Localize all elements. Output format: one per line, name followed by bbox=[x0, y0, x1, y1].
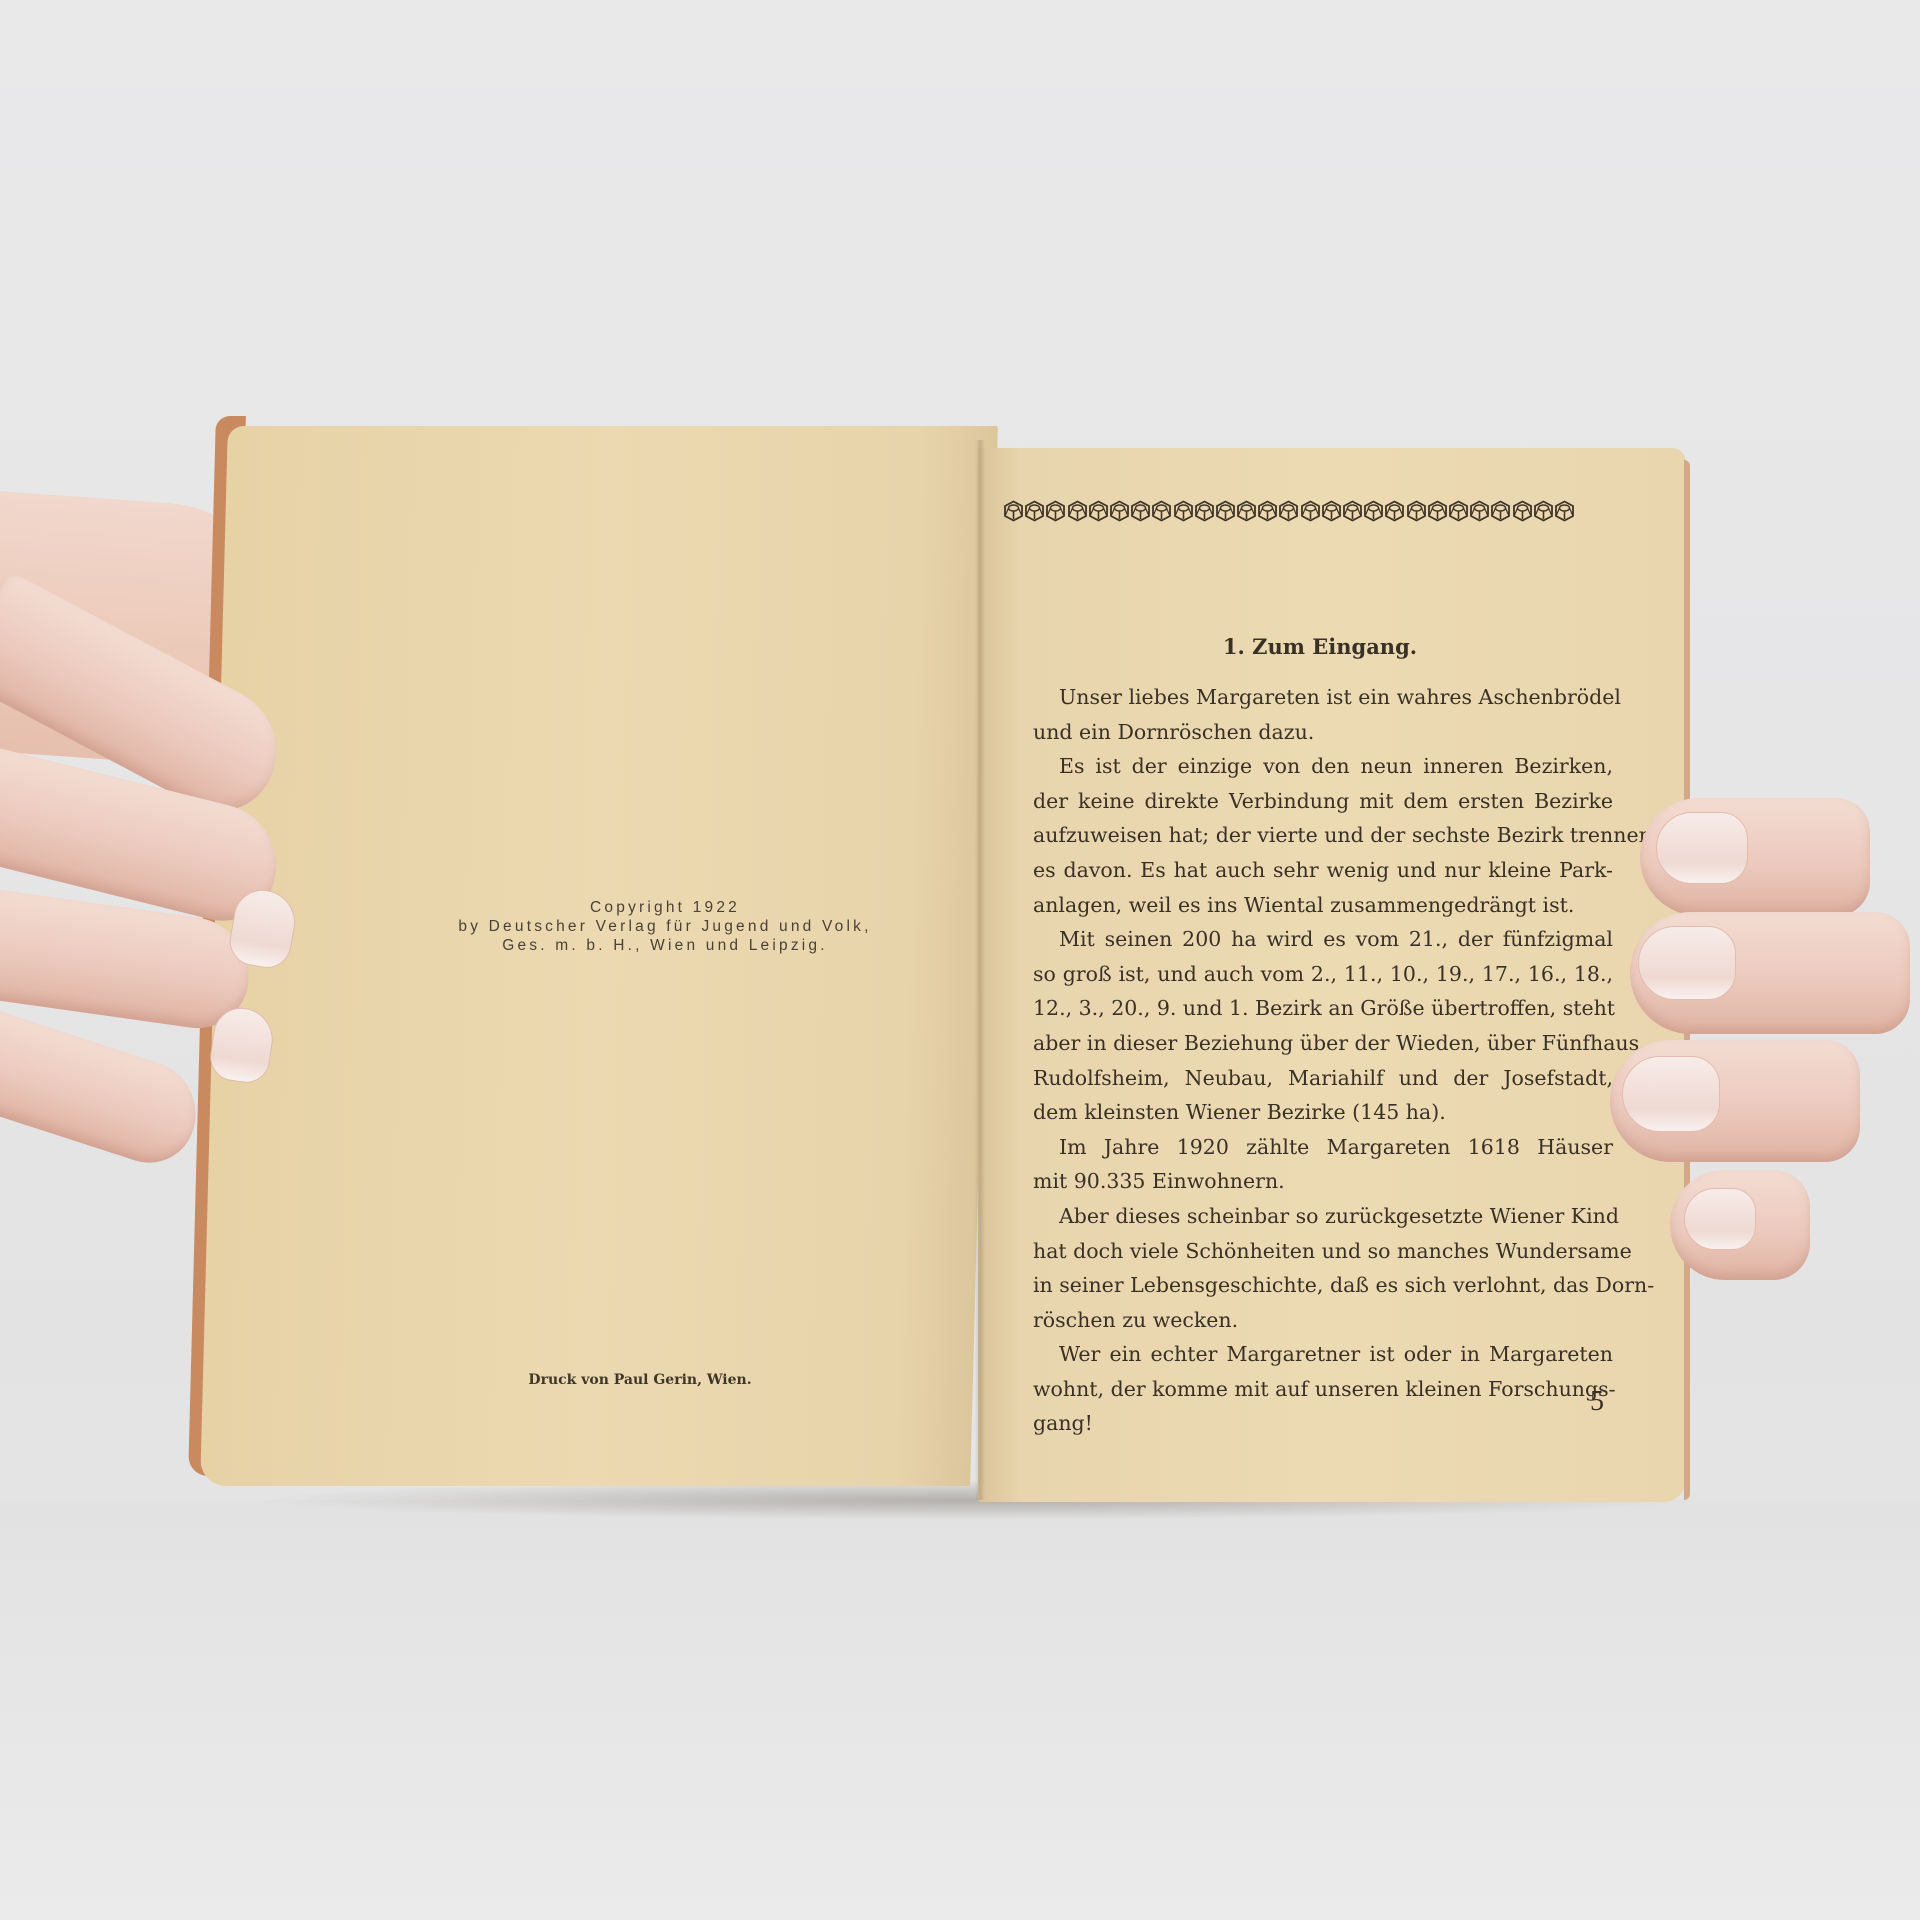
text-line: und ein Dornröschen dazu. bbox=[1033, 715, 1613, 750]
text-line: Aber dieses scheinbar so zurückgesetzte … bbox=[1033, 1199, 1613, 1234]
hexagon-knot-ornament-icon bbox=[1045, 500, 1066, 522]
hexagon-knot-ornament-icon bbox=[1469, 500, 1490, 522]
hexagon-knot-ornament-icon bbox=[1215, 500, 1236, 522]
hexagon-knot-ornament-icon bbox=[1173, 500, 1194, 522]
hexagon-knot-ornament-icon bbox=[1109, 500, 1130, 522]
hexagon-knot-ornament-icon bbox=[1490, 500, 1511, 522]
hexagon-knot-ornament-icon bbox=[1236, 500, 1257, 522]
text-line: in seiner Lebensgeschichte, daß es sich … bbox=[1033, 1268, 1613, 1303]
hexagon-knot-ornament-icon bbox=[1363, 500, 1384, 522]
text-line: röschen zu wecken. bbox=[1033, 1303, 1613, 1338]
hexagon-knot-ornament-icon bbox=[1278, 500, 1299, 522]
ornament-border bbox=[1003, 500, 1623, 526]
fingernail bbox=[1638, 926, 1736, 1000]
text-line: anlagen, weil es ins Wiental zusammenged… bbox=[1033, 888, 1613, 923]
text-line: so groß ist, und auch vom 2., 11., 10., … bbox=[1033, 957, 1613, 992]
text-line: wohnt, der komme mit auf unseren kleinen… bbox=[1033, 1372, 1613, 1407]
copyright-line: Ges. m. b. H., Wien und Leipzig. bbox=[405, 936, 925, 955]
table-surface bbox=[0, 1500, 1920, 1920]
printer-imprint: Druck von Paul Gerin, Wien. bbox=[510, 1372, 770, 1388]
hexagon-knot-ornament-icon bbox=[1512, 500, 1533, 522]
text-line: Unser liebes Margareten ist ein wahres A… bbox=[1033, 680, 1613, 715]
copyright-line: Copyright 1922 bbox=[405, 898, 925, 917]
body-text: Unser liebes Margareten ist ein wahres A… bbox=[1033, 680, 1613, 1441]
hexagon-knot-ornament-icon bbox=[1427, 500, 1448, 522]
book-gutter bbox=[975, 440, 985, 1500]
hexagon-knot-ornament-icon bbox=[1533, 500, 1554, 522]
hexagon-knot-ornament-icon bbox=[1384, 500, 1405, 522]
hexagon-knot-ornament-icon bbox=[1257, 500, 1278, 522]
hexagon-knot-ornament-icon bbox=[1448, 500, 1469, 522]
copyright-line: by Deutscher Verlag für Jugend und Volk, bbox=[405, 917, 925, 936]
fingernail bbox=[1622, 1056, 1720, 1132]
hexagon-knot-ornament-icon bbox=[1406, 500, 1427, 522]
text-line: mit 90.335 Einwohnern. bbox=[1033, 1164, 1613, 1199]
hexagon-knot-ornament-icon bbox=[1554, 500, 1575, 522]
hexagon-knot-ornament-icon bbox=[1024, 500, 1045, 522]
text-line: Rudolfsheim, Neubau, Mariahilf und der J… bbox=[1033, 1061, 1613, 1096]
text-line: der keine direkte Verbindung mit dem ers… bbox=[1033, 784, 1613, 819]
text-line: 12., 3., 20., 9. und 1. Bezirk an Größe … bbox=[1033, 991, 1613, 1026]
hexagon-knot-ornament-icon bbox=[1151, 500, 1172, 522]
page-number: 5 bbox=[1590, 1386, 1604, 1418]
copyright-notice: Copyright 1922 by Deutscher Verlag für J… bbox=[405, 898, 925, 955]
hexagon-knot-ornament-icon bbox=[1194, 500, 1215, 522]
hexagon-knot-ornament-icon bbox=[1321, 500, 1342, 522]
left-little-finger bbox=[0, 1005, 210, 1174]
text-line: Es ist der einzige von den neun inneren … bbox=[1033, 749, 1613, 784]
hexagon-knot-ornament-icon bbox=[1300, 500, 1321, 522]
hexagon-knot-ornament-icon bbox=[1088, 500, 1109, 522]
hexagon-knot-ornament-icon bbox=[1130, 500, 1151, 522]
hexagon-knot-ornament-icon bbox=[1342, 500, 1363, 522]
text-line: aber in dieser Beziehung über der Wieden… bbox=[1033, 1026, 1613, 1061]
text-line: es davon. Es hat auch sehr wenig und nur… bbox=[1033, 853, 1613, 888]
left-page bbox=[200, 426, 998, 1486]
text-line: Im Jahre 1920 zählte Margareten 1618 Häu… bbox=[1033, 1130, 1613, 1165]
text-line: gang! bbox=[1033, 1406, 1613, 1441]
hexagon-knot-ornament-icon bbox=[1003, 500, 1024, 522]
fingernail bbox=[1656, 812, 1748, 884]
hexagon-knot-ornament-icon bbox=[1067, 500, 1088, 522]
text-line: Wer ein echter Margaretner ist oder in M… bbox=[1033, 1337, 1613, 1372]
text-line: Mit seinen 200 ha wird es vom 21., der f… bbox=[1033, 922, 1613, 957]
fingernail bbox=[1684, 1188, 1756, 1250]
text-line: dem kleinsten Wiener Bezirke (145 ha). bbox=[1033, 1095, 1613, 1130]
chapter-title: 1. Zum Eingang. bbox=[1020, 634, 1620, 659]
text-line: aufzuweisen hat; der vierte und der sech… bbox=[1033, 818, 1613, 853]
text-line: hat doch viele Schönheiten und so manche… bbox=[1033, 1234, 1613, 1269]
